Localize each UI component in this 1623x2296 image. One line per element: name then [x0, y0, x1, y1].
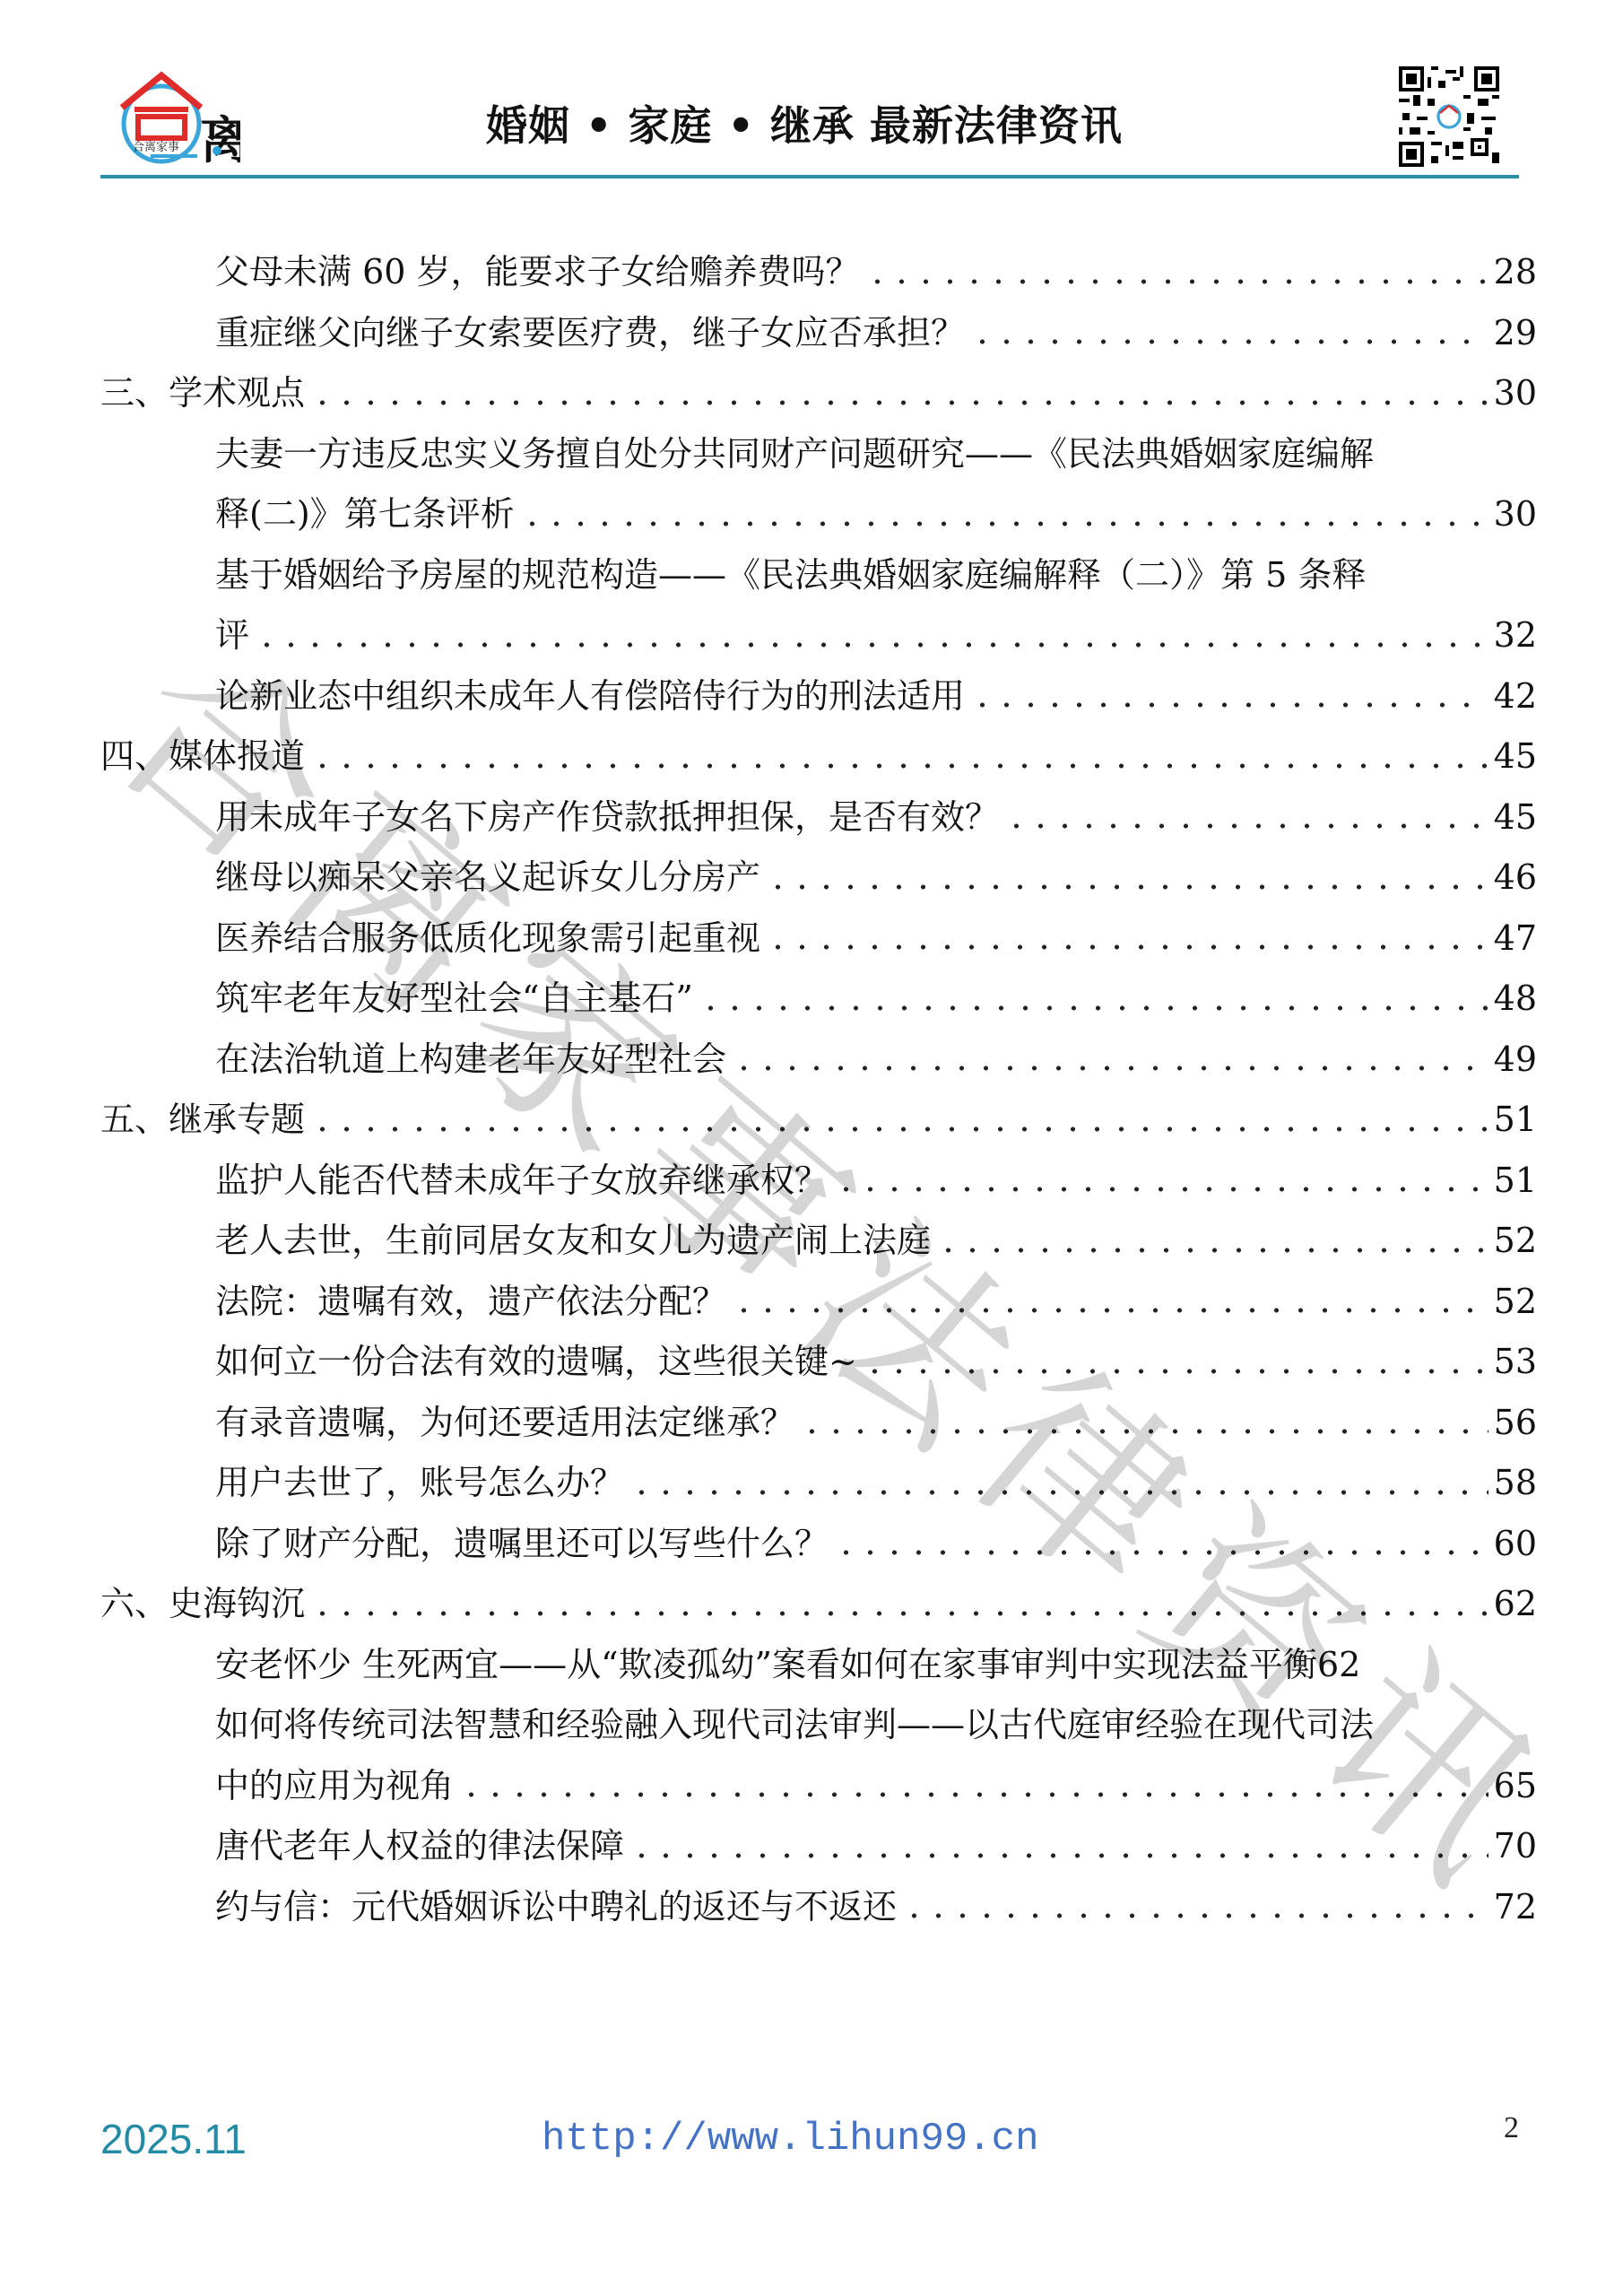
toc-entry-title: 评 [215, 605, 249, 666]
toc-page-number: 28 [1494, 242, 1537, 303]
toc-entry-title: 唐代老年人权益的律法保障 [215, 1816, 624, 1877]
toc-entry-title: 中的应用为视角 [215, 1756, 454, 1817]
dot-leader [629, 1483, 1488, 1501]
toc-page-number: 30 [1494, 484, 1537, 545]
toc-entry[interactable]: 评32 [100, 605, 1537, 666]
page-footer: 2025.11 http://www.lihun99.cn 2 [100, 2115, 1535, 2178]
dot-leader [936, 1241, 1488, 1259]
toc-section-entry[interactable]: 三、学术观点30 [100, 363, 1537, 424]
toc-entry-title: 约与信：元代婚姻诉讼中聘礼的返还与不返还 [215, 1877, 897, 1938]
dot-leader [310, 757, 1488, 775]
toc-entry-title: 法院：遗嘱有效，遗产依法分配？ [215, 1272, 726, 1333]
header-title: 婚姻 • 家庭 • 继承 最新法律资讯 [486, 93, 1123, 152]
svg-text:合离家事: 合离家事 [133, 140, 179, 154]
svg-text:离: 离 [200, 112, 240, 170]
dot-leader [865, 273, 1488, 291]
toc-entry-title: 父母未满 60 岁，能要求子女给赡养费吗？ [215, 242, 860, 303]
toc-page-number: 29 [1494, 303, 1537, 364]
toc-entry-title: 三、学术观点 [100, 363, 305, 424]
dot-leader [699, 999, 1488, 1017]
toc-entry-title: 论新业态中组织未成年人有偿陪侍行为的刑法适用 [215, 666, 965, 727]
qr-code-icon [1399, 66, 1499, 167]
toc-entry-title: 老人去世，生前同居女友和女儿为遗产闹上法庭 [215, 1211, 931, 1272]
toc-entry[interactable]: 监护人能否代替未成年子女放弃继承权？51 [100, 1151, 1537, 1212]
dot-leader [800, 1422, 1488, 1440]
toc-entry[interactable]: 法院：遗嘱有效，遗产依法分配？52 [100, 1272, 1537, 1333]
toc-page-number: 70 [1494, 1816, 1537, 1877]
header-divider [100, 175, 1519, 178]
toc-entry-title: 如何立一份合法有效的遗嘱，这些很关键~ [215, 1332, 857, 1393]
toc-page-number: 56 [1494, 1393, 1537, 1454]
toc-entry-title: 安老怀少 生死两宜——从“欺凌孤幼”案看如何在家事审判中实现法益平衡 [215, 1635, 1317, 1696]
house-logo-icon: 离 合离家事 [115, 68, 240, 170]
toc-entry[interactable]: 安老怀少 生死两宜——从“欺凌孤幼”案看如何在家事审判中实现法益平衡62 [100, 1635, 1537, 1696]
toc-page-number: 72 [1494, 1877, 1537, 1938]
toc-entry[interactable]: 老人去世，生前同居女友和女儿为遗产闹上法庭52 [100, 1211, 1537, 1272]
toc-entry-title: 四、媒体报道 [100, 726, 305, 787]
toc-page-number: 53 [1494, 1332, 1537, 1393]
dot-leader [255, 636, 1488, 654]
toc-section-entry[interactable]: 六、史海钩沉62 [100, 1574, 1537, 1635]
toc-entry-title: 在法治轨道上构建老年友好型社会 [215, 1030, 726, 1091]
toc-page-number: 58 [1494, 1453, 1537, 1514]
dot-leader [902, 1907, 1488, 1925]
toc-entry-title: 继母以痴呆父亲名义起诉女儿分房产 [215, 848, 760, 909]
toc-page-number: 45 [1494, 726, 1537, 787]
toc-entry-title: 如何将传统司法智慧和经验融入现代司法审判——以古代庭审经验在现代司法 [215, 1695, 1374, 1756]
toc-entry-title: 用未成年子女名下房产作贷款抵押担保，是否有效？ [215, 787, 999, 848]
toc-page-number: 47 [1494, 909, 1537, 970]
toc-page-number: 30 [1494, 363, 1537, 424]
toc-entry[interactable]: 中的应用为视角65 [100, 1756, 1537, 1817]
toc-entry-title: 六、史海钩沉 [100, 1574, 305, 1635]
toc-page-number: 52 [1494, 1211, 1537, 1272]
toc-entry[interactable]: 论新业态中组织未成年人有偿陪侍行为的刑法适用42 [100, 666, 1537, 727]
toc-entry[interactable]: 医养结合服务低质化现象需引起重视47 [100, 909, 1537, 970]
dot-leader [766, 878, 1488, 896]
dot-leader [1004, 817, 1488, 835]
toc-entry-title: 筑牢老年友好型社会“自主基石” [215, 969, 693, 1030]
toc-page-number: 48 [1494, 969, 1537, 1030]
logo: 离 合离家事 [115, 68, 240, 170]
toc-page-number: 60 [1494, 1514, 1537, 1575]
toc-entry-title: 五、继承专题 [100, 1090, 305, 1151]
page-number: 2 [1504, 2111, 1519, 2145]
toc-entry[interactable]: 除了财产分配，遗嘱里还可以写些什么？60 [100, 1514, 1537, 1575]
toc-entry[interactable]: 重症继父向继子女索要医疗费，继子女应否承担？29 [100, 303, 1537, 364]
toc-page-number: 32 [1494, 605, 1537, 666]
toc-entry[interactable]: 在法治轨道上构建老年友好型社会49 [100, 1030, 1537, 1091]
dot-leader [310, 1605, 1488, 1622]
toc-entry[interactable]: 有录音遗嘱，为何还要适用法定继承？56 [100, 1393, 1537, 1454]
dot-leader [970, 333, 1488, 351]
qr-code [1399, 66, 1499, 167]
toc-entry-title: 除了财产分配，遗嘱里还可以写些什么？ [215, 1514, 829, 1575]
toc-entry-title: 夫妻一方违反忠实义务擅自处分共同财产问题研究——《民法典婚姻家庭编解 [215, 424, 1374, 485]
toc-page-number: 45 [1494, 787, 1537, 848]
toc-page-number: 51 [1494, 1151, 1537, 1212]
dot-leader [732, 1301, 1488, 1319]
toc-entry-title: 重症继父向继子女索要医疗费，继子女应否承担？ [215, 303, 965, 364]
toc-entry[interactable]: 父母未满 60 岁，能要求子女给赡养费吗？28 [100, 242, 1537, 303]
toc-entry[interactable]: 继母以痴呆父亲名义起诉女儿分房产46 [100, 848, 1537, 909]
dot-leader [834, 1180, 1488, 1198]
toc-page-number: 42 [1494, 666, 1537, 727]
dot-leader [310, 394, 1488, 412]
toc-entry-title: 基于婚姻给予房屋的规范构造——《民法典婚姻家庭编解释（二）》第 5 条释 [215, 545, 1366, 606]
toc-entry-title: 医养结合服务低质化现象需引起重视 [215, 909, 760, 970]
dot-leader [732, 1059, 1488, 1077]
dot-leader [459, 1786, 1488, 1804]
dot-leader [520, 515, 1488, 533]
dot-leader [970, 696, 1488, 714]
footer-url-link[interactable]: http://www.lihun99.cn [542, 2117, 1039, 2161]
toc-entry[interactable]: 用户去世了，账号怎么办？58 [100, 1453, 1537, 1514]
table-of-contents: 父母未满 60 岁，能要求子女给赡养费吗？28重症继父向继子女索要医疗费，继子女… [100, 242, 1537, 1937]
dot-leader [863, 1362, 1488, 1380]
toc-entry[interactable]: 释(二)》第七条评析30 [100, 484, 1537, 545]
toc-page-number: 46 [1494, 848, 1537, 909]
dot-leader [834, 1544, 1488, 1561]
toc-entry-title: 释(二)》第七条评析 [215, 484, 515, 545]
toc-page-number: 51 [1494, 1090, 1537, 1151]
toc-entry-title: 监护人能否代替未成年子女放弃继承权？ [215, 1151, 829, 1212]
toc-page-number: 52 [1494, 1272, 1537, 1333]
toc-entry-title: 用户去世了，账号怎么办？ [215, 1453, 624, 1514]
toc-entry[interactable]: 唐代老年人权益的律法保障70 [100, 1816, 1537, 1877]
dot-leader [629, 1847, 1488, 1865]
toc-page-number: 62 [1494, 1574, 1537, 1635]
dot-leader [766, 938, 1488, 956]
toc-entry[interactable]: 用未成年子女名下房产作贷款抵押担保，是否有效？45 [100, 787, 1537, 848]
toc-entry[interactable]: 约与信：元代婚姻诉讼中聘礼的返还与不返还72 [100, 1877, 1537, 1938]
page-header: 离 合离家事 婚姻 • 家庭 • 继承 最新法律资讯 [100, 54, 1519, 188]
toc-page-number: 65 [1494, 1756, 1537, 1817]
toc-page-number: 62 [1317, 1635, 1360, 1696]
toc-section-entry[interactable]: 四、媒体报道45 [100, 726, 1537, 787]
footer-date: 2025.11 [100, 2115, 247, 2163]
toc-entry[interactable]: 如何立一份合法有效的遗嘱，这些很关键~53 [100, 1332, 1537, 1393]
toc-entry[interactable]: 基于婚姻给予房屋的规范构造——《民法典婚姻家庭编解释（二）》第 5 条释 [100, 545, 1537, 606]
toc-page-number: 49 [1494, 1030, 1537, 1091]
dot-leader [310, 1120, 1488, 1138]
toc-entry[interactable]: 如何将传统司法智慧和经验融入现代司法审判——以古代庭审经验在现代司法 [100, 1695, 1537, 1756]
toc-entry[interactable]: 筑牢老年友好型社会“自主基石”48 [100, 969, 1537, 1030]
toc-entry[interactable]: 夫妻一方违反忠实义务擅自处分共同财产问题研究——《民法典婚姻家庭编解 [100, 424, 1537, 485]
toc-entry-title: 有录音遗嘱，为何还要适用法定继承？ [215, 1393, 794, 1454]
toc-section-entry[interactable]: 五、继承专题51 [100, 1090, 1537, 1151]
